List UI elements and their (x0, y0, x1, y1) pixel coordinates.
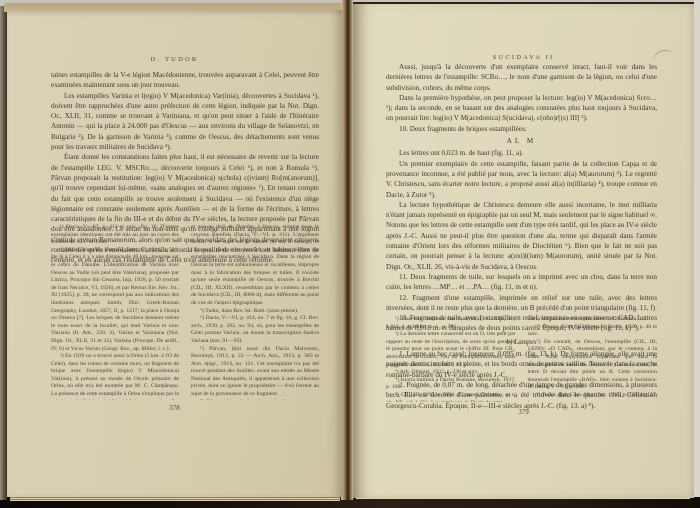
footnote: ⁸) Tudor, Bul. Com. Mon. Ist., 1935, p. … (528, 392, 658, 402)
footnote: ⁴) Istoria militară a Daciei Romane, Buc… (386, 377, 516, 392)
paragraph: taines estampilles de la V-e légion Macé… (51, 70, 319, 91)
footnote: ¹) Dacia, V—VI, p. 411 et suiv., fig. 16… (51, 224, 179, 247)
paragraph: 11. Deux fragments de tuile, sur lesquel… (386, 272, 657, 293)
book-left-edge (0, 6, 7, 500)
footnote: ⁴) Tudor, dans Rev. Ist. Rom. (sous pres… (191, 308, 319, 316)
right-footnotes-column-2: aile n'ont pas encore été précisées: v. … (528, 316, 658, 402)
stamp-reading: AL M (386, 136, 657, 146)
right-footnotes-column-1: ¹) Peut-être toujours une Suc(i)d(a); cf… (386, 316, 516, 402)
right-page-number: 379 (353, 408, 694, 416)
left-footnotes-column-2: et non au delà du Danube, à Oescus, comm… (191, 224, 319, 400)
scan-right-margin (694, 0, 700, 497)
left-page: D. TUDOR taines estampilles de la V-e lé… (7, 10, 342, 497)
footnote: ⁵) CIL, III, 5195 et 7644. Cf. aussi Cic… (386, 392, 516, 402)
footnote: ⁵) Dacia, V—VI, p. 414, no. 7 et fig. 16… (191, 315, 319, 345)
paragraph: Aussi, jusqu'à la découverte d'un exempl… (386, 62, 657, 93)
paragraph: La lecture hypothétique de Christescu de… (386, 200, 657, 272)
footnote: ⁷) Pârvan, loc. cit. Le ductus des lettr… (191, 399, 319, 400)
footnote: ⁶) Pârvan, Știri nouă din Dacia Malvensi… (191, 346, 319, 399)
footnote: ³) En 1939 on a trouvé aussi à Orlea (5 … (51, 353, 179, 400)
left-footnotes: ¹) Dacia, V—VI, p. 411 et suiv., fig. 16… (51, 224, 319, 400)
right-running-head: SUCIDAVA II (353, 54, 694, 61)
right-footnotes: ¹) Peut-être toujours une Suc(i)d(a); cf… (386, 316, 657, 402)
paragraph: 10. Deux fragments de briques estampillé… (386, 124, 657, 134)
footnote: ²) La dernière lettre conservée est un O… (386, 331, 516, 369)
book-spine-gutter (341, 0, 353, 500)
paragraph: Les estampilles Varinia et l(egio) V M(a… (51, 91, 319, 153)
footnote: ⁷) On connaît, de Oescus, l'estampille (… (528, 339, 658, 392)
paragraph: Les lettres ont 0,023 m. de haut (fig. 1… (386, 148, 657, 158)
footnote-continuation: et non au delà du Danube, à Oescus, comm… (191, 224, 319, 308)
footnote: ²) Miller, Itineraria Romana, Stuttgart,… (51, 247, 179, 353)
footnote: ⁶) Grosse, Röm. Militärgesch., Berlin, 1… (528, 324, 658, 339)
paragraph: Un premier exemplaire de cette estampill… (386, 159, 657, 200)
paragraph: Dans la première hypothèse, on peut prop… (386, 93, 657, 124)
paragraph: 12. Fragment d'une estampille, imprimée … (386, 293, 657, 314)
footnote: ¹) Peut-être toujours une Suc(i)d(a); cf… (386, 316, 516, 331)
left-footnotes-column-1: ¹) Dacia, V—VI, p. 411 et suiv., fig. 16… (51, 224, 179, 400)
book-scan: D. TUDOR taines estampilles de la V-e lé… (0, 0, 700, 508)
left-running-head: D. TUDOR (7, 56, 342, 63)
footnote: ³) Arh. Olteniei, 1932, p. 236 et suiv. (386, 369, 516, 377)
right-page: SUCIDAVA II Aussi, jusqu'à la découverte… (353, 2, 694, 498)
left-page-number: 378 (7, 404, 342, 412)
footnote-continuation: aile n'ont pas encore été précisées: v. … (528, 316, 658, 324)
